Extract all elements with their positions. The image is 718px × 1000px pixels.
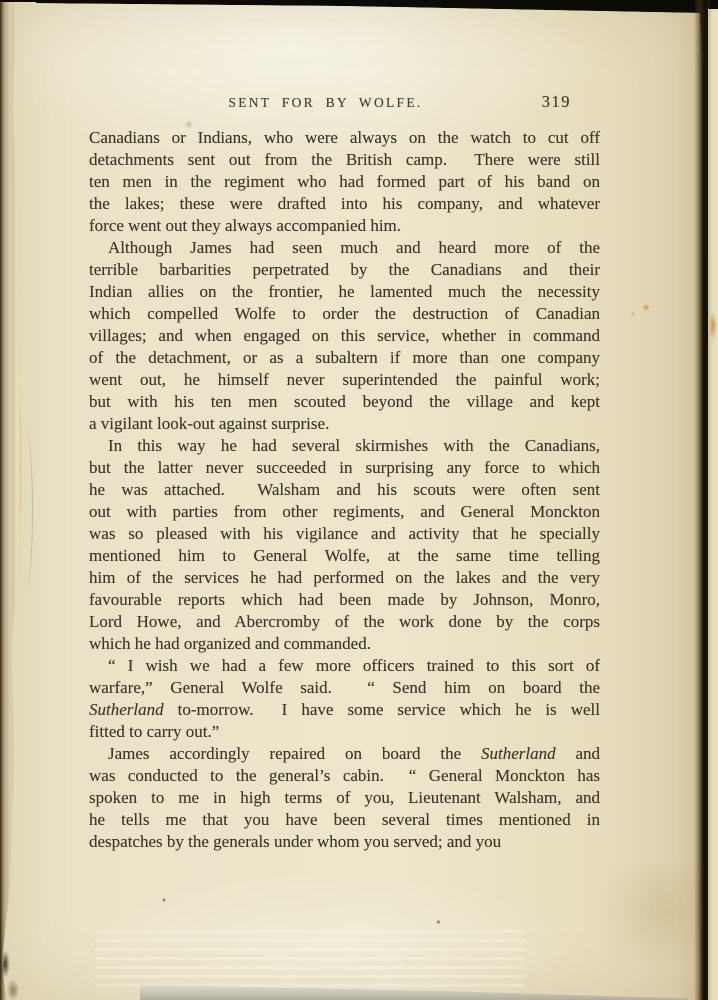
text-segment: warfare,” General Wolfe said. “ Send him… [89, 678, 600, 697]
italic-text-segment: Sutherland [481, 744, 556, 763]
text-line: out with parties from other regiments, a… [89, 501, 600, 523]
text-segment: was conducted to the general’s cabin. “ … [89, 766, 600, 785]
text-segment: and [556, 744, 600, 763]
text-line: detachments sent out from the British ca… [89, 149, 600, 171]
text-line: he tells me that you have been several t… [89, 809, 600, 831]
text-line: Sutherland to-morrow. I have some servic… [89, 699, 600, 721]
text-line: Although James had seen much and heard m… [89, 237, 600, 259]
running-head: SENT FOR BY WOLFE. [70, 95, 581, 111]
page-header: SENT FOR BY WOLFE. 319 [70, 95, 581, 117]
text-line: which he had organized and commanded. [89, 633, 600, 655]
text-line: terrible barbarities perpetrated by the … [89, 259, 600, 281]
text-segment: ten men in the regiment who had formed p… [89, 172, 600, 191]
text-line: villages; and when engaged on this servi… [89, 325, 600, 347]
text-segment: force went out they always accompanied h… [89, 216, 401, 235]
scanner-glare-bands [95, 930, 525, 988]
text-line: went out, he himself never superintended… [89, 369, 600, 391]
text-line: spoken to me in high terms of you, Lieut… [89, 787, 600, 809]
text-segment: of the detachment, or as a subaltern if … [89, 348, 600, 367]
text-segment: detachments sent out from the British ca… [89, 150, 600, 169]
text-segment: out with parties from other regiments, a… [89, 502, 600, 521]
text-segment: fitted to carry out.” [89, 722, 219, 741]
text-line: mentioned him to General Wolfe, at the s… [89, 545, 600, 567]
text-segment: him of the services he had performed on … [89, 568, 600, 587]
text-line: but with his ten men scouted beyond the … [89, 391, 600, 413]
text-segment: terrible barbarities perpetrated by the … [89, 260, 600, 279]
text-line: Canadians or Indians, who were always on… [89, 127, 600, 149]
text-line: him of the services he had performed on … [89, 567, 600, 589]
text-line: In this way he had several skirmishes wi… [89, 435, 600, 457]
text-line: of the detachment, or as a subaltern if … [89, 347, 600, 369]
text-line: “ I wish we had a few more officers trai… [89, 655, 600, 677]
text-segment: but the latter never succeeded in surpri… [89, 458, 600, 477]
text-segment: which he had organized and commanded. [89, 634, 371, 653]
text-segment: but with his ten men scouted beyond the … [89, 392, 600, 411]
text-line: ten men in the regiment who had formed p… [89, 171, 600, 193]
adjacent-page-stain [709, 312, 717, 340]
text-segment: a vigilant look-out against surprise. [89, 414, 329, 433]
text-line: force went out they always accompanied h… [89, 215, 600, 237]
text-segment: was so pleased with his vigilance and ac… [89, 524, 600, 543]
text-segment: “ I wish we had a few more officers trai… [108, 656, 600, 675]
text-segment: he tells me that you have been several t… [89, 810, 600, 829]
text-segment: In this way he had several skirmishes wi… [108, 436, 600, 455]
text-segment: which compelled Wolfe to order the destr… [89, 304, 600, 323]
scanned-book-page-photo: SENT FOR BY WOLFE. 319 Canadians or Indi… [0, 0, 718, 1000]
italic-text-segment: Sutherland [89, 700, 164, 719]
text-block: Canadians or Indians, who were always on… [89, 127, 600, 853]
text-line: he was attached. Walsham and his scouts … [89, 479, 600, 501]
text-segment: Lord Howe, and Abercromby of the work do… [89, 612, 600, 631]
bottom-left-corner-marks [0, 938, 28, 1000]
text-line: a vigilant look-out against surprise. [89, 413, 600, 435]
text-segment: went out, he himself never superintended… [89, 370, 600, 389]
text-segment: he was attached. Walsham and his scouts … [89, 480, 600, 499]
text-line: the lakes; these were drafted into his c… [89, 193, 600, 215]
text-line: James accordingly repaired on board the … [89, 743, 600, 765]
text-segment: Canadians or Indians, who were always on… [89, 128, 600, 147]
text-line: was so pleased with his vigilance and ac… [89, 523, 600, 545]
text-segment: Although James had seen much and heard m… [108, 238, 600, 257]
text-line: favourable reports which had been made b… [89, 589, 600, 611]
text-line: despatches by the generals under whom yo… [89, 831, 600, 853]
text-segment: the lakes; these were drafted into his c… [89, 194, 600, 213]
text-segment: spoken to me in high terms of you, Lieut… [89, 788, 600, 807]
text-segment: villages; and when engaged on this servi… [89, 326, 600, 345]
text-line: Indian allies on the frontier, he lament… [89, 281, 600, 303]
text-line: but the latter never succeeded in surpri… [89, 457, 600, 479]
text-line: warfare,” General Wolfe said. “ Send him… [89, 677, 600, 699]
text-line: Lord Howe, and Abercromby of the work do… [89, 611, 600, 633]
text-line: fitted to carry out.” [89, 721, 600, 743]
text-segment: James accordingly repaired on board the [108, 744, 481, 763]
text-segment: to-morrow. I have some service which he … [164, 700, 600, 719]
adjacent-page-edge [708, 9, 718, 1000]
text-segment: favourable reports which had been made b… [89, 590, 600, 609]
text-line: was conducted to the general’s cabin. “ … [89, 765, 600, 787]
text-segment: Indian allies on the frontier, he lament… [89, 282, 600, 301]
text-segment: mentioned him to General Wolfe, at the s… [89, 546, 600, 565]
text-line: which compelled Wolfe to order the destr… [89, 303, 600, 325]
page-number: 319 [542, 92, 571, 112]
text-segment: despatches by the generals under whom yo… [89, 832, 501, 851]
